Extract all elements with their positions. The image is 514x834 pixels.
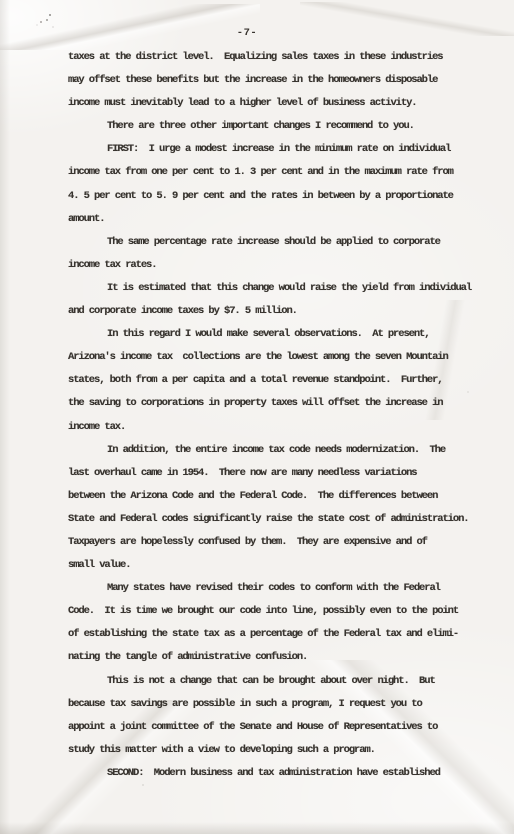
document-line: amount. [68, 208, 502, 231]
document-body: taxes at the district level. Equalizing … [68, 46, 502, 785]
document-line: because tax savings are possible in such… [68, 693, 502, 716]
document-line: of establishing the state tax as a perce… [68, 623, 502, 646]
document-line: appoint a joint committee of the Senate … [68, 716, 502, 739]
document-line: SECOND: Modern business and tax administ… [68, 762, 502, 785]
document-line: In this regard I would make several obse… [68, 323, 502, 346]
document-line: Many states have revised their codes to … [68, 577, 502, 600]
document-line: income tax rates. [68, 254, 502, 277]
document-line: 4. 5 per cent to 5. 9 per cent and the r… [68, 185, 502, 208]
paper-specks [0, 0, 2, 2]
scanned-document-page: -7- taxes at the district level. Equaliz… [0, 0, 514, 834]
document-line: states, both from a per capita and a tot… [68, 369, 502, 392]
document-line: Taxpayers are hopelessly confused by the… [68, 531, 502, 554]
document-line: and corporate income taxes by $7. 5 mill… [68, 300, 502, 323]
document-line: study this matter with a view to develop… [68, 739, 502, 762]
document-line: income tax from one per cent to 1. 3 per… [68, 161, 502, 184]
document-line: FIRST: I urge a modest increase in the m… [68, 138, 502, 161]
document-line: It is estimated that this change would r… [68, 277, 502, 300]
document-line: income tax. [68, 416, 502, 439]
document-line: State and Federal codes significantly ra… [68, 508, 502, 531]
document-line: income must inevitably lead to a higher … [68, 92, 502, 115]
page-number: -7- [0, 27, 504, 39]
document-line: This is not a change that can be brought… [68, 670, 502, 693]
document-line: There are three other important changes … [68, 115, 502, 138]
document-line: taxes at the district level. Equalizing … [68, 46, 502, 69]
document-line: last overhaul came in 1954. There now ar… [68, 462, 502, 485]
document-line: Code. It is time we brought our code int… [68, 600, 502, 623]
document-line: the saving to corporations in property t… [68, 392, 502, 415]
document-line: may offset these benefits but the increa… [68, 69, 502, 92]
document-line: Arizona's income tax collections are the… [68, 346, 502, 369]
document-line: nating the tangle of administrative conf… [68, 646, 502, 669]
document-line: The same percentage rate increase should… [68, 231, 502, 254]
document-line: small value. [68, 554, 502, 577]
document-line: In addition, the entire income tax code … [68, 439, 502, 462]
document-line: between the Arizona Code and the Federal… [68, 485, 502, 508]
